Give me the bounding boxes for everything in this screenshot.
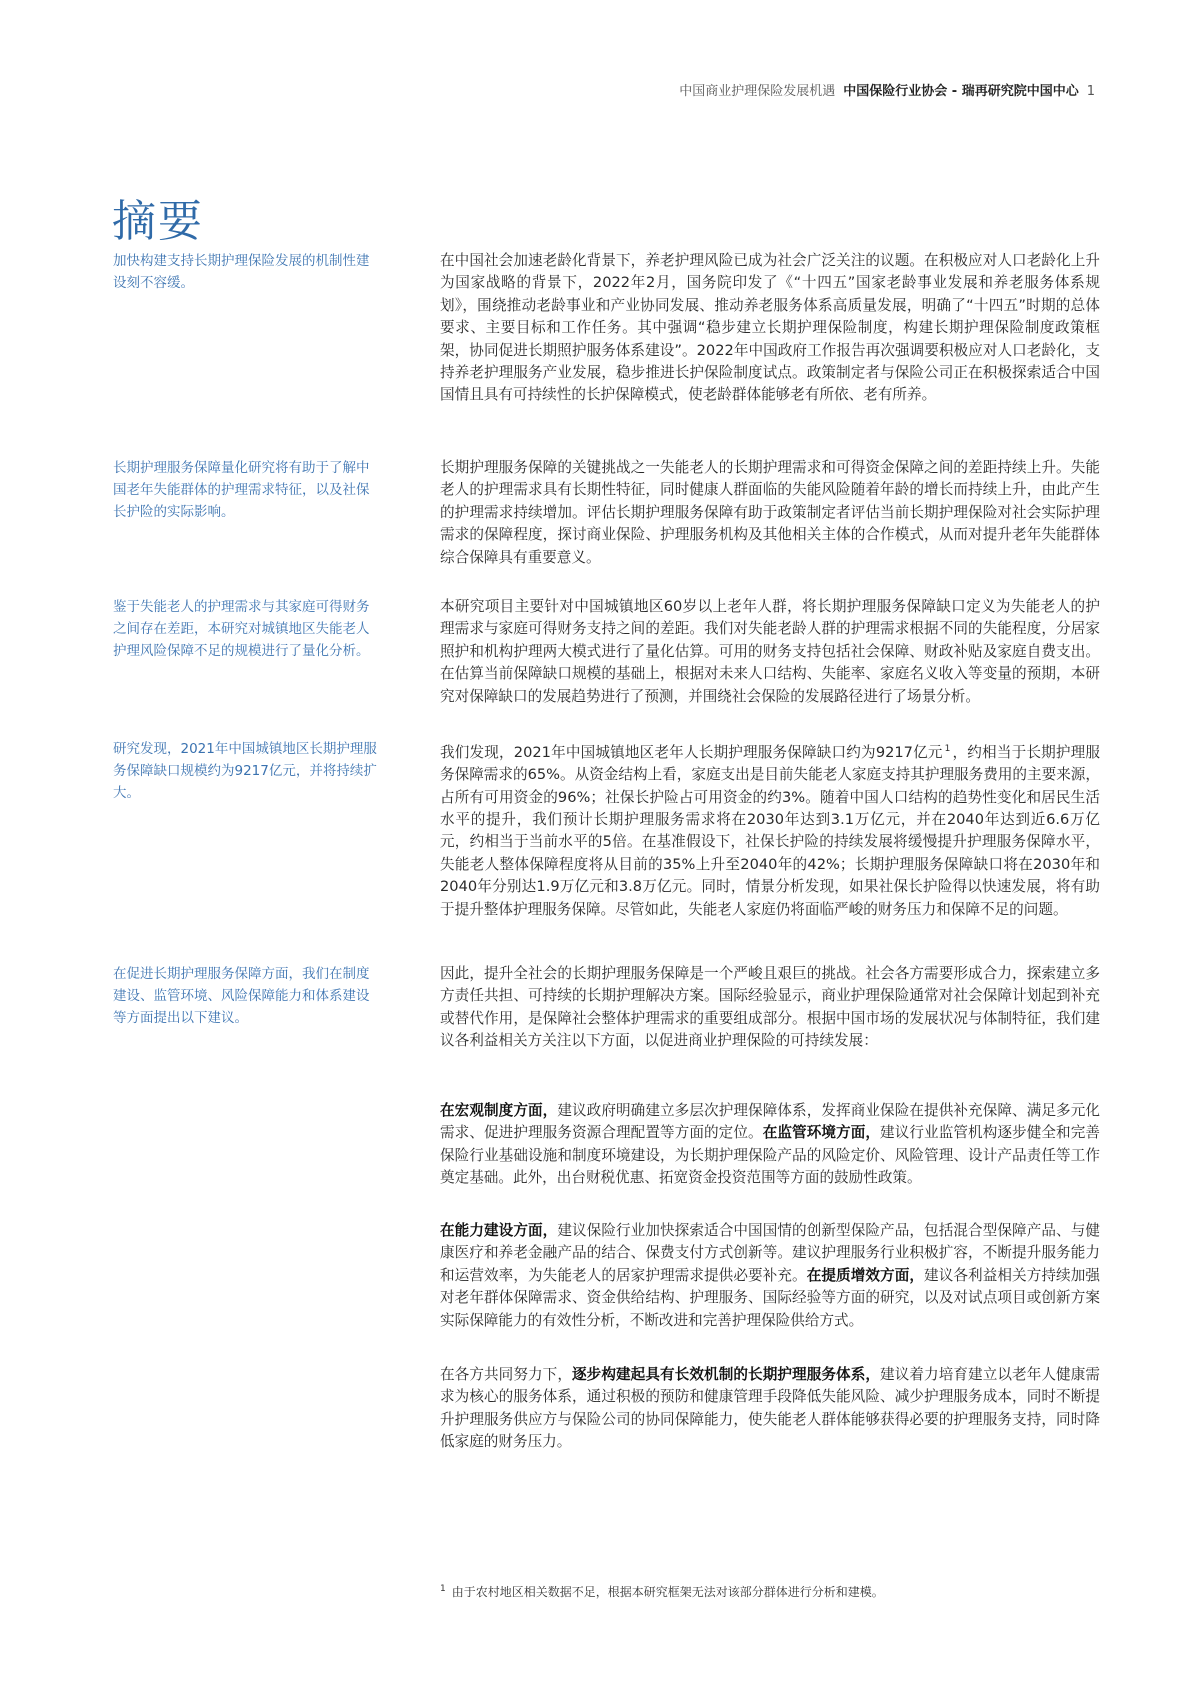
side-note-5: 在促进长期护理服务保障方面，我们在制度建设、监管环境、风险保障能力和体系建设等方… xyxy=(113,963,378,1029)
page-title: 摘要 xyxy=(112,185,204,249)
rec-heading-efficiency: 在提质增效方面， xyxy=(807,1267,924,1284)
rec-heading-system: 逐步构建起具有长效机制的长期护理服务体系， xyxy=(572,1366,880,1383)
paragraph-4: 我们发现，2021年中国城镇地区老年人长期护理服务保障缺口约为9217亿元1，约… xyxy=(440,738,1100,921)
rec-heading-macro: 在宏观制度方面， xyxy=(440,1102,557,1119)
paragraph-4-part-a: 我们发现，2021年中国城镇地区老年人长期护理服务保障缺口约为9217亿元 xyxy=(440,744,943,761)
footnote: 1由于农村地区相关数据不足，根据本研究框架无法对该部分群体进行分析和建模。 xyxy=(440,1583,884,1600)
rec-heading-capacity: 在能力建设方面， xyxy=(440,1222,557,1239)
paragraph-5: 因此，提升全社会的长期护理服务保障是一个严峻且艰巨的挑战。社会各方需要形成合力，… xyxy=(440,963,1100,1053)
footnote-text: 由于农村地区相关数据不足，根据本研究框架无法对该部分群体进行分析和建模。 xyxy=(452,1585,884,1599)
paragraph-4-part-b: ，约相当于长期护理服务保障需求的65%。从资金结构上看，家庭支出是目前失能老人家… xyxy=(440,744,1100,918)
side-note-2: 长期护理服务保障量化研究将有助于了解中国老年失能群体的护理需求特征，以及社保长护… xyxy=(113,457,378,523)
side-note-3: 鉴于失能老人的护理需求与其家庭可得财务之间存在差距，本研究对城镇地区失能老人护理… xyxy=(113,596,378,662)
footnote-marker: 1 xyxy=(440,1584,446,1594)
paragraph-1: 在中国社会加速老龄化背景下，养老护理风险已成为社会广泛关注的议题。在积极应对人口… xyxy=(440,250,1100,407)
recommendation-1: 在宏观制度方面，建议政府明确建立多层次护理保障体系，发挥商业保险在提供补充保障、… xyxy=(440,1100,1100,1190)
side-note-1: 加快构建支持长期护理保险发展的机制性建设刻不容缓。 xyxy=(113,250,378,294)
rec-heading-regulatory: 在监管环境方面， xyxy=(763,1124,880,1141)
paragraph-2: 长期护理服务保障的关键挑战之一失能老人的长期护理需求和可得资金保障之间的差距持续… xyxy=(440,457,1100,569)
page-number: 1 xyxy=(1087,84,1095,99)
report-title: 中国商业护理保险发展机遇 xyxy=(679,84,835,99)
paragraph-3: 本研究项目主要针对中国城镇地区60岁以上老年人群，将长期护理服务保障缺口定义为失… xyxy=(440,596,1100,708)
recommendation-2: 在能力建设方面，建议保险行业加快探索适合中国国情的创新型保险产品，包括混合型保障… xyxy=(440,1220,1100,1332)
recommendation-3: 在各方共同努力下，逐步构建起具有长效机制的长期护理服务体系，建议着力培育建立以老… xyxy=(440,1364,1100,1454)
organization: 中国保险行业协会 - 瑞再研究院中国中心 xyxy=(843,84,1078,99)
footnote-ref[interactable]: 1 xyxy=(945,744,951,754)
side-note-4: 研究发现，2021年中国城镇地区长期护理服务保障缺口规模约为9217亿元，并将持… xyxy=(113,738,378,804)
running-header: 中国商业护理保险发展机遇中国保险行业协会 - 瑞再研究院中国中心1 xyxy=(679,80,1095,99)
rec-text: 在各方共同努力下， xyxy=(440,1366,572,1383)
